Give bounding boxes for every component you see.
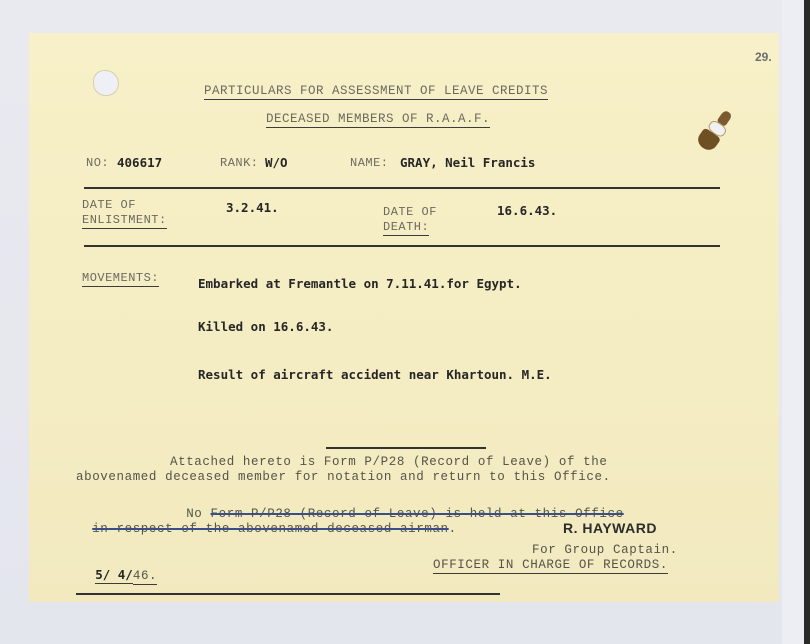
- death-date: 16.6.43.: [497, 203, 557, 218]
- movement-line-1: Embarked at Fremantle on 7.11.41.for Egy…: [198, 276, 522, 291]
- divider-short: [326, 447, 486, 449]
- movements-label: MOVEMENTS:: [82, 271, 159, 287]
- signatory-for-line: For Group Captain.: [532, 543, 678, 557]
- divider-1: [84, 187, 720, 189]
- scanner-margin: [782, 0, 804, 644]
- struck-para-end: .: [449, 522, 457, 536]
- date-day-month: 5/ 4/: [95, 567, 133, 584]
- service-number: 406617: [117, 155, 162, 170]
- page-number: 29.: [755, 50, 772, 64]
- rank-value: W/O: [265, 155, 288, 170]
- enlistment-label-line2: ENLISTMENT:: [82, 213, 167, 229]
- punch-hole-left: [93, 70, 119, 96]
- scanner-edge: [804, 0, 810, 644]
- signatory-title: OFFICER IN CHARGE OF RECORDS.: [433, 558, 668, 574]
- name-label: NAME:: [350, 156, 389, 170]
- date-year: 46.: [133, 569, 157, 585]
- struck-para-line2: in respect of the abovenamed deceased ai…: [76, 508, 457, 536]
- enlistment-date: 3.2.41.: [226, 200, 279, 215]
- attached-para-line1: Attached hereto is Form P/P28 (Record of…: [170, 455, 607, 469]
- movement-line-2: Killed on 16.6.43.: [198, 319, 333, 334]
- enlistment-label-line1: DATE OF: [82, 198, 136, 212]
- name-value: GRAY, Neil Francis: [400, 155, 535, 170]
- divider-2: [84, 245, 720, 247]
- document-date: 5/ 4/46.: [76, 548, 157, 584]
- document-subtitle: DECEASED MEMBERS OF R.A.A.F.: [266, 112, 490, 128]
- movement-line-3: Result of aircraft accident near Khartou…: [198, 367, 552, 382]
- death-label-line1: DATE OF: [383, 205, 437, 219]
- attached-para-line2: abovenamed deceased member for notation …: [76, 470, 611, 484]
- struck-text-2: in respect of the abovenamed deceased ai…: [92, 522, 448, 536]
- divider-bottom: [76, 593, 500, 595]
- signatory-name: R. HAYWARD: [563, 520, 657, 536]
- rank-label: RANK:: [220, 156, 259, 170]
- document-title: PARTICULARS FOR ASSESSMENT OF LEAVE CRED…: [204, 84, 548, 100]
- no-label: NO:: [86, 156, 109, 170]
- death-label-line2: DEATH:: [383, 220, 429, 236]
